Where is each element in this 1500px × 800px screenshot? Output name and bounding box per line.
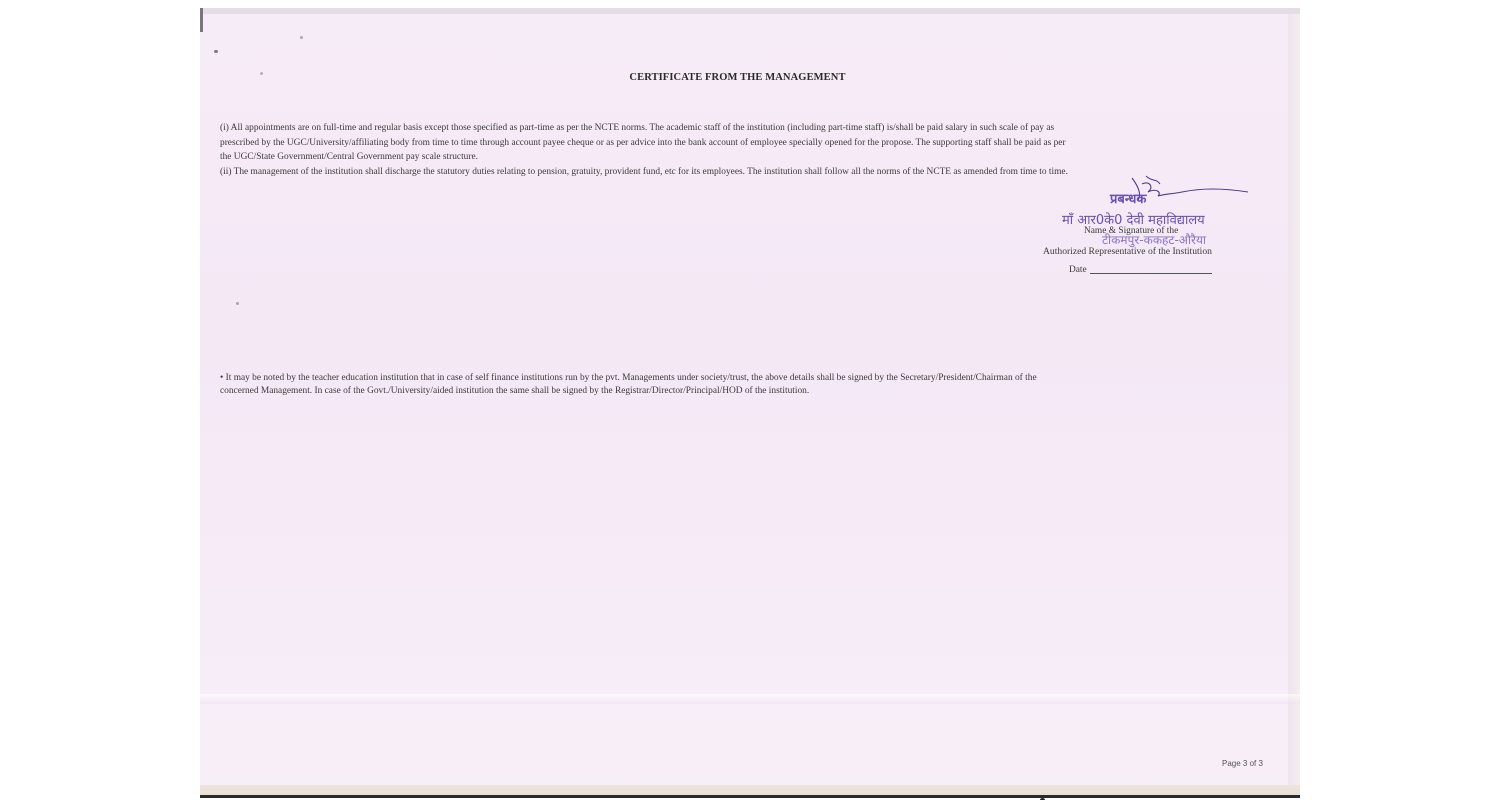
note-line: concerned Management. In case of the Gov… bbox=[220, 385, 1260, 398]
note-line: • It may be noted by the teacher educati… bbox=[220, 372, 1260, 385]
page-bottom-edge bbox=[200, 785, 1300, 798]
page-edge-shadow bbox=[1288, 14, 1300, 798]
authorized-representative-label: Authorized Representative of the Institu… bbox=[1043, 246, 1212, 257]
clause-i: (i) All appointments are on full-time an… bbox=[220, 121, 1250, 179]
date-field: Date bbox=[1069, 265, 1212, 275]
clause-i-line: prescribed by the UGC/University/affilia… bbox=[220, 136, 1250, 151]
scanned-document-page: CERTIFICATE FROM THE MANAGEMENT (i) All … bbox=[200, 8, 1300, 798]
clause-i-line: the UGC/State Government/Central Governm… bbox=[220, 150, 1250, 165]
signing-note: • It may be noted by the teacher educati… bbox=[220, 372, 1260, 398]
signature-block: प्रबन्धक माँ आर0के0 देवी महाविद्यालय Nam… bbox=[1040, 174, 1250, 284]
scan-speck bbox=[236, 302, 239, 305]
clause-i-line: (i) All appointments are on full-time an… bbox=[220, 121, 1250, 136]
stamp-designation: प्रबन्धक bbox=[1110, 189, 1146, 207]
document-title: CERTIFICATE FROM THE MANAGEMENT bbox=[200, 72, 1275, 83]
scan-speck bbox=[214, 50, 218, 53]
page-number: Page 3 of 3 bbox=[1222, 759, 1263, 768]
date-label: Date bbox=[1069, 265, 1087, 275]
scan-speck bbox=[300, 36, 303, 39]
paper-fold-line bbox=[200, 694, 1300, 704]
date-blank-line bbox=[1090, 273, 1212, 274]
